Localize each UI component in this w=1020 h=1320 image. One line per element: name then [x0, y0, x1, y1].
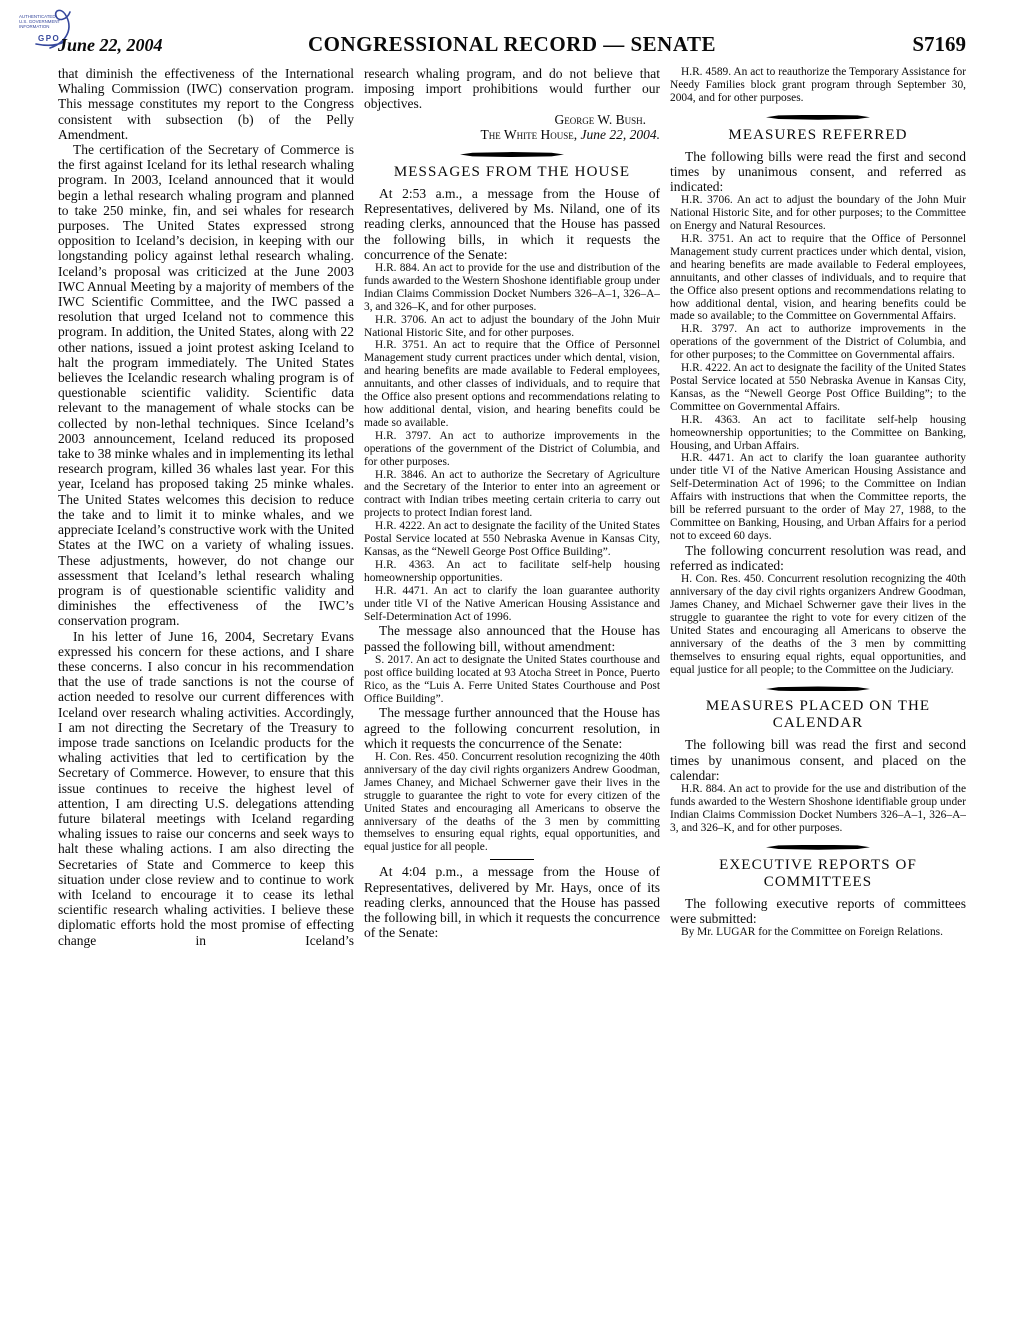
- paragraph: The certification of the Secretary of Co…: [58, 142, 354, 629]
- text-column: H.R. 4589. An act to reauthorize the Tem…: [670, 66, 966, 1310]
- paragraph: that diminish the effectiveness of the I…: [58, 66, 354, 142]
- text-column: research whaling program, and do not bel…: [364, 66, 660, 1310]
- section-separator: [766, 115, 870, 120]
- congressional-record-page: AUTHENTICATED U.S. GOVERNMENT INFORMATIO…: [0, 0, 1020, 1320]
- bill-text: H.R. 4363. An act to facilitate self-hel…: [670, 414, 966, 453]
- section-heading: MEASURES REFERRED: [670, 127, 966, 144]
- dateline: The White House, June 22, 2004.: [364, 127, 660, 142]
- bill-text: H. Con. Res. 450. Concurrent resolution …: [364, 751, 660, 854]
- bill-text: H.R. 884. An act to provide for the use …: [670, 783, 966, 835]
- bill-text: H.R. 3751. An act to require that the Of…: [364, 339, 660, 429]
- bill-text: H.R. 4222. An act to designate the facil…: [364, 520, 660, 559]
- paragraph: The message also announced that the Hous…: [364, 623, 660, 653]
- bill-text: H.R. 4222. An act to designate the facil…: [670, 362, 966, 414]
- section-separator: [460, 152, 564, 157]
- dateline-date: June 22, 2004.: [581, 127, 660, 142]
- section-heading: MESSAGES FROM THE HOUSE: [364, 164, 660, 181]
- bill-text: H.R. 3797. An act to authorize improveme…: [670, 323, 966, 362]
- gpo-seal-line: INFORMATION: [19, 24, 49, 29]
- paragraph: The message further announced that the H…: [364, 705, 660, 751]
- paragraph: At 4:04 p.m., a message from the House o…: [364, 864, 660, 940]
- issue-date: June 22, 2004: [58, 35, 278, 56]
- bill-text: S. 2017. An act to designate the United …: [364, 654, 660, 706]
- dateline-place: The White House: [481, 127, 574, 142]
- page-header: June 22, 2004 CONGRESSIONAL RECORD — SEN…: [58, 32, 966, 57]
- section-separator: [766, 686, 870, 691]
- section-heading: MEASURES PLACED ON THE CALENDAR: [670, 698, 966, 732]
- page-columns: that diminish the effectiveness of the I…: [58, 66, 966, 1310]
- paragraph: The following executive reports of commi…: [670, 896, 966, 926]
- paragraph: In his letter of June 16, 2004, Secretar…: [58, 629, 354, 948]
- bill-text: By Mr. LUGAR for the Committee on Foreig…: [670, 926, 966, 939]
- bill-text: H.R. 3797. An act to authorize improveme…: [364, 430, 660, 469]
- text-column: that diminish the effectiveness of the I…: [58, 66, 354, 1310]
- bill-text: H. Con. Res. 450. Concurrent resolution …: [670, 573, 966, 676]
- short-rule: [490, 859, 534, 860]
- bill-text: H.R. 884. An act to provide for the use …: [364, 262, 660, 314]
- bill-text: H.R. 4363. An act to facilitate self-hel…: [364, 559, 660, 585]
- bill-text: H.R. 3706. An act to adjust the boundary…: [364, 314, 660, 340]
- paragraph: The following concurrent resolution was …: [670, 543, 966, 573]
- bill-text: H.R. 4589. An act to reauthorize the Tem…: [670, 66, 966, 105]
- bill-text: H.R. 3706. An act to adjust the boundary…: [670, 194, 966, 233]
- record-title: CONGRESSIONAL RECORD — SENATE: [278, 32, 746, 57]
- paragraph: The following bill was read the first an…: [670, 737, 966, 783]
- gpo-seal-label: GPO: [38, 34, 60, 43]
- section-separator: [766, 845, 870, 850]
- signature: George W. Bush.: [364, 112, 660, 127]
- section-heading: EXECUTIVE REPORTS OF COMMITTEES: [670, 857, 966, 891]
- bill-text: H.R. 3846. An act to authorize the Secre…: [364, 469, 660, 521]
- paragraph: At 2:53 a.m., a message from the House o…: [364, 186, 660, 262]
- bill-text: H.R. 4471. An act to clarify the loan gu…: [670, 452, 966, 542]
- bill-text: H.R. 4471. An act to clarify the loan gu…: [364, 585, 660, 624]
- paragraph: The following bills were read the first …: [670, 149, 966, 195]
- page-number: S7169: [746, 32, 966, 57]
- paragraph: research whaling program, and do not bel…: [364, 66, 660, 112]
- bill-text: H.R. 3751. An act to require that the Of…: [670, 233, 966, 323]
